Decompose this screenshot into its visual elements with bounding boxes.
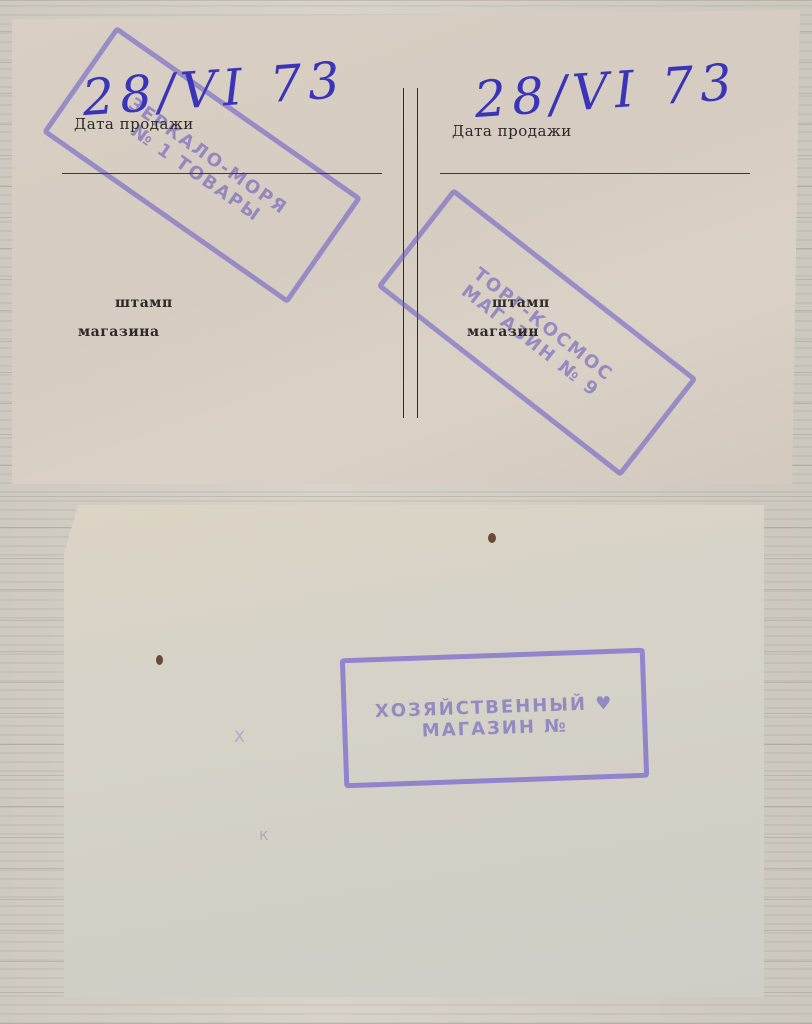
bottom-store-stamp: ХОЗЯЙСТВЕННЫЙ ♥ МАГАЗИН № (340, 648, 649, 789)
left-date-underline (62, 173, 382, 174)
bottom-receipt-slip: ХОЗЯЙСТВЕННЫЙ ♥ МАГАЗИН № Х к (64, 505, 764, 997)
faint-handwriting-1: Х (234, 727, 245, 746)
right-sale-date-label: Дата продажи (452, 122, 572, 140)
right-stamp-label-line-2: магазин (467, 324, 539, 340)
right-stamp-label-line-1: штамп (492, 295, 550, 311)
right-date-underline (440, 173, 750, 174)
left-sale-date-label: Дата продажи (74, 115, 194, 133)
faint-handwriting-2: к (259, 825, 269, 844)
right-sale-date-handwritten: 28/VI 73 (472, 53, 739, 129)
ink-spot (156, 655, 163, 665)
bottom-stamp-line-2: МАГАЗИН № (421, 715, 568, 741)
top-receipt-slip: ЗЕРКАЛО-МОРЯ № 1 ТОВАРЫ 28/VI 73 Дата пр… (12, 10, 800, 484)
left-stamp-label-line-1: штамп (115, 295, 173, 311)
left-stamp-label-line-2: магазина (78, 324, 160, 340)
rust-spot (488, 533, 496, 543)
